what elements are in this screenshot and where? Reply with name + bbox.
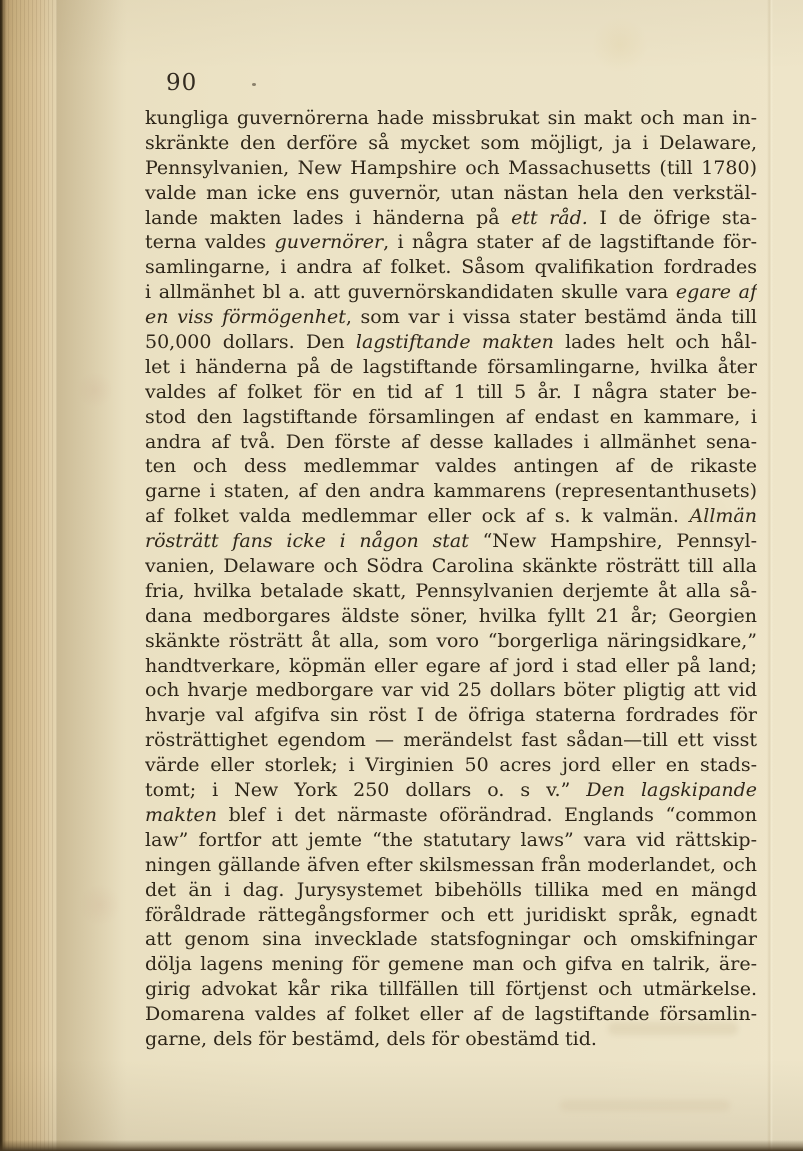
text-line: ten och dess medlemmar valdes antingen a… bbox=[145, 454, 757, 479]
text-line: terna valdes guvernörer, i några stater … bbox=[145, 230, 757, 255]
text-line: Pennsylvanien, New Hampshire och Massach… bbox=[145, 156, 757, 181]
text-line: dölja lagens mening för gemene man och g… bbox=[145, 952, 757, 977]
text-line: law” fortfor att jemte “the statutary la… bbox=[145, 828, 757, 853]
text-segment: garne, dels för bestämd, dels för obestä… bbox=[145, 1028, 597, 1050]
page-number: 90 bbox=[166, 70, 197, 96]
text-segment: af folket valda medlemmar eller ock af s… bbox=[145, 505, 690, 527]
italic-text-segment: Allmän bbox=[690, 505, 757, 527]
text-segment: ningen gällande äfven efter skilsmessan … bbox=[145, 854, 757, 878]
text-segment: valdes af folket för en tid af 1 till 5 … bbox=[145, 381, 757, 403]
text-segment: blef i det närmaste oförändrad. Englands… bbox=[217, 804, 757, 826]
text-line: dana medborgares äldste söner, hvilka fy… bbox=[145, 604, 757, 629]
text-line: en viss förmögenhet, som var i vissa sta… bbox=[145, 305, 757, 330]
text-segment: dana medborgares äldste söner, hvilka fy… bbox=[145, 605, 757, 627]
italic-text-segment: rösträtt fans icke i någon stat bbox=[145, 530, 469, 552]
text-line: garne, dels för bestämd, dels för obestä… bbox=[145, 1027, 757, 1052]
italic-text-segment: lagstiftande makten bbox=[356, 331, 554, 353]
text-line: i allmänhet bl a. att guvernörskandidate… bbox=[145, 280, 757, 305]
text-segment: handtverkare, köpmän eller egare af jord… bbox=[145, 655, 757, 677]
text-segment: lades helt och hål- bbox=[554, 331, 757, 353]
body-text: kungliga guvernörerna hade missbrukat si… bbox=[145, 106, 757, 1052]
text-segment: att genom sina invecklade statsfogningar… bbox=[145, 928, 757, 950]
text-line: lande makten lades i händerna på ett råd… bbox=[145, 206, 757, 231]
text-segment: skränkte den derföre så mycket som möjli… bbox=[145, 132, 757, 154]
italic-text-segment: ett råd. bbox=[511, 207, 588, 229]
text-line: 50,000 dollars. Den lagstiftande makten … bbox=[145, 330, 757, 355]
text-segment: fria, hvilka betalade skatt, Pennsylvani… bbox=[145, 580, 757, 602]
text-line: rösträttighet egendom — merändelst fast … bbox=[145, 728, 757, 753]
text-segment: kungliga guvernörerna hade missbrukat si… bbox=[145, 107, 757, 129]
text-line: vanien, Delaware och Södra Carolina skän… bbox=[145, 554, 757, 579]
text-segment: lande makten lades i händerna på bbox=[145, 207, 511, 229]
text-line: det än i dag. Jurysystemet bibehölls til… bbox=[145, 878, 757, 903]
text-segment: samlingarne, i andra af folket. Såsom qv… bbox=[145, 256, 757, 278]
text-line: stod den lagstiftande församlingen af en… bbox=[145, 405, 757, 430]
text-segment: Domarena valdes af folket eller af de la… bbox=[145, 1003, 757, 1025]
text-line: fria, hvilka betalade skatt, Pennsylvani… bbox=[145, 579, 757, 604]
text-line: kungliga guvernörerna hade missbrukat si… bbox=[145, 106, 757, 131]
text-segment: 50,000 dollars. Den bbox=[145, 331, 356, 353]
italic-text-segment: Den lagskipande bbox=[586, 779, 757, 801]
text-segment: dölja lagens mening för gemene man och g… bbox=[145, 953, 757, 975]
text-segment: och hvarje medborgare var vid 25 dollars… bbox=[145, 679, 757, 701]
text-segment: I de öfrige sta- bbox=[588, 207, 757, 229]
ink-speck bbox=[252, 83, 256, 86]
italic-text-segment: egare af bbox=[676, 281, 757, 303]
paper-crease bbox=[767, 0, 773, 1151]
text-line: föråldrade rättegångsformer och ett juri… bbox=[145, 903, 757, 928]
text-line: makten blef i det närmaste oförändrad. E… bbox=[145, 803, 757, 828]
text-line: hvarje val afgifva sin röst I de öfriga … bbox=[145, 703, 757, 728]
text-segment: tomt; i New York 250 dollars o. s v.” bbox=[145, 779, 586, 801]
italic-text-segment: en viss förmögenhet bbox=[145, 306, 346, 328]
text-segment: vanien, Delaware och Södra Carolina skän… bbox=[145, 555, 757, 577]
text-segment: valde man icke ens guvernör, utan nästan… bbox=[145, 182, 757, 204]
page-edge-striations bbox=[0, 0, 57, 1151]
text-segment: värde eller storlek; i Virginien 50 acre… bbox=[145, 754, 757, 776]
text-line: ningen gällande äfven efter skilsmessan … bbox=[145, 853, 757, 878]
text-line: garne i staten, af den andra kammarens (… bbox=[145, 479, 757, 504]
text-line: Domarena valdes af folket eller af de la… bbox=[145, 1002, 757, 1027]
text-line: tomt; i New York 250 dollars o. s v.” De… bbox=[145, 778, 757, 803]
text-line: af folket valda medlemmar eller ock af s… bbox=[145, 504, 757, 529]
text-segment: garne i staten, af den andra kammarens (… bbox=[145, 480, 757, 502]
text-segment: hvarje val afgifva sin röst I de öfriga … bbox=[145, 704, 757, 726]
text-line: let i händerna på de lagstiftande försam… bbox=[145, 355, 757, 380]
text-segment: skänkte rösträtt åt alla, som voro “borg… bbox=[145, 630, 757, 652]
text-line: skänkte rösträtt åt alla, som voro “borg… bbox=[145, 629, 757, 654]
text-segment: girig advokat kår rika tillfällen till f… bbox=[145, 978, 757, 1000]
text-line: och hvarje medborgare var vid 25 dollars… bbox=[145, 678, 757, 703]
scan-bottom-edge bbox=[0, 1140, 803, 1151]
italic-text-segment: makten bbox=[145, 804, 217, 826]
gutter-shadow bbox=[57, 0, 127, 1151]
text-segment: ten och dess medlemmar valdes antingen a… bbox=[145, 455, 757, 479]
text-segment: let i händerna på de lagstiftande försam… bbox=[145, 356, 757, 378]
text-segment: , i några stater af de lagstiftande för- bbox=[383, 231, 757, 253]
text-segment: Pennsylvanien, New Hampshire och Massach… bbox=[145, 157, 757, 179]
book-page-scan: 90 kungliga guvernörerna hade missbrukat… bbox=[0, 0, 803, 1151]
text-line: rösträtt fans icke i någon stat “New Ham… bbox=[145, 529, 757, 554]
text-line: samlingarne, i andra af folket. Såsom qv… bbox=[145, 255, 757, 280]
book-page-edges bbox=[0, 0, 57, 1151]
text-line: att genom sina invecklade statsfogningar… bbox=[145, 927, 757, 952]
text-line: andra af två. Den förste af desse kallad… bbox=[145, 430, 757, 455]
text-segment: terna valdes bbox=[145, 231, 275, 253]
text-segment: “New Hampshire, Pennsyl- bbox=[469, 530, 757, 552]
italic-text-segment: guvernörer bbox=[275, 231, 384, 253]
text-segment: det än i dag. Jurysystemet bibehölls til… bbox=[145, 879, 757, 901]
text-segment: andra af två. Den förste af desse kallad… bbox=[145, 431, 757, 453]
text-segment: i allmänhet bl a. att guvernörskandidate… bbox=[145, 281, 676, 303]
text-line: valdes af folket för en tid af 1 till 5 … bbox=[145, 380, 757, 405]
text-line: handtverkare, köpmän eller egare af jord… bbox=[145, 654, 757, 679]
text-line: girig advokat kår rika tillfällen till f… bbox=[145, 977, 757, 1002]
text-segment: rösträttighet egendom — merändelst fast … bbox=[145, 729, 757, 751]
text-line: skränkte den derföre så mycket som möjli… bbox=[145, 131, 757, 156]
text-segment: , som var i vissa stater bestämd ända ti… bbox=[346, 306, 757, 328]
show-through-smudge bbox=[560, 1100, 730, 1111]
text-line: värde eller storlek; i Virginien 50 acre… bbox=[145, 753, 757, 778]
text-segment: law” fortfor att jemte “the statutary la… bbox=[145, 829, 757, 851]
text-segment: föråldrade rättegångsformer och ett juri… bbox=[145, 904, 757, 926]
text-segment: stod den lagstiftande församlingen af en… bbox=[145, 406, 757, 428]
text-line: valde man icke ens guvernör, utan nästan… bbox=[145, 181, 757, 206]
